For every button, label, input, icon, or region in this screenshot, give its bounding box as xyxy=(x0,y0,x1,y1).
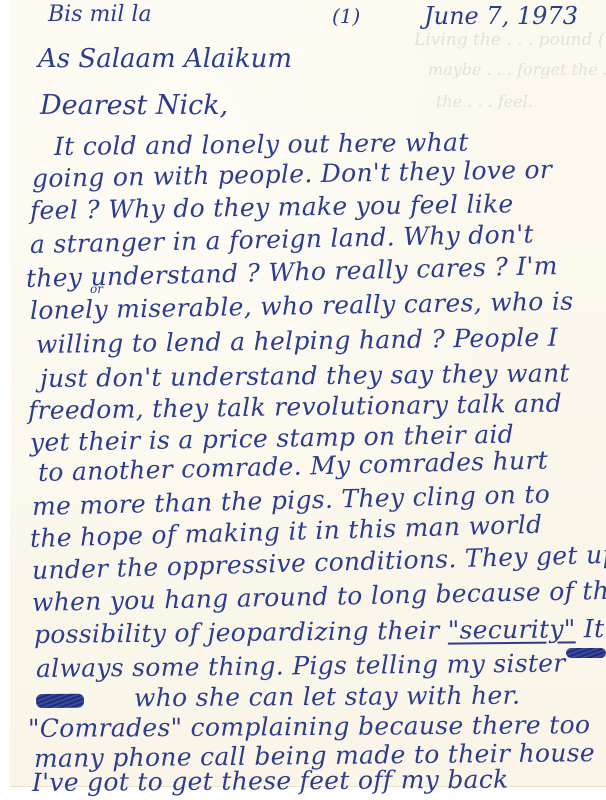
body-line-16-text: possibility of jeopardizing their xyxy=(34,616,448,649)
salutation: Dearest Nick, xyxy=(40,90,228,121)
underlined-security: "security" xyxy=(448,614,576,644)
page-number: (1) xyxy=(332,4,360,28)
body-line-1: It cold and lonely out here what xyxy=(54,128,469,161)
body-line-16-tail: It's xyxy=(575,614,606,644)
bleed-through-line-3: the . . . feel. xyxy=(436,92,533,111)
body-line-18: who she can let stay with her. xyxy=(36,681,520,713)
body-line-3: feel ? Why do they make you feel like xyxy=(30,189,514,225)
body-line-8: just don't understand they say they want xyxy=(40,358,570,393)
body-line-17: always some thing. Pigs telling my siste… xyxy=(36,648,566,683)
body-line-2: going on with people. Don't they love or xyxy=(32,155,553,193)
letter-date: June 7, 1973 xyxy=(424,2,578,30)
body-line-16: possibility of jeopardizing their "secur… xyxy=(34,614,606,649)
scanned-page: Living the . . . pound (?) maybe . . . f… xyxy=(0,0,606,800)
body-line-6: lonely miserable, who really cares, who … xyxy=(30,287,574,325)
bleed-through-line-1: Living the . . . pound (?) xyxy=(414,30,606,50)
body-line-21: I've got to get these feet off my back xyxy=(32,765,509,797)
crossed-out-word-right xyxy=(566,648,606,658)
body-line-7: willing to lend a helping hand ? People … xyxy=(36,323,558,359)
greeting-line: As Salaam Alaikum xyxy=(38,44,292,74)
invocation-text: Bis mil la xyxy=(48,2,152,27)
body-line-18-text: who she can let stay with her. xyxy=(134,681,520,713)
crossed-out-word-left xyxy=(36,693,84,707)
letter-paper: Living the . . . pound (?) maybe . . . f… xyxy=(10,0,606,786)
bleed-through-line-2: maybe . . . forget the . . . , xyxy=(428,60,606,79)
